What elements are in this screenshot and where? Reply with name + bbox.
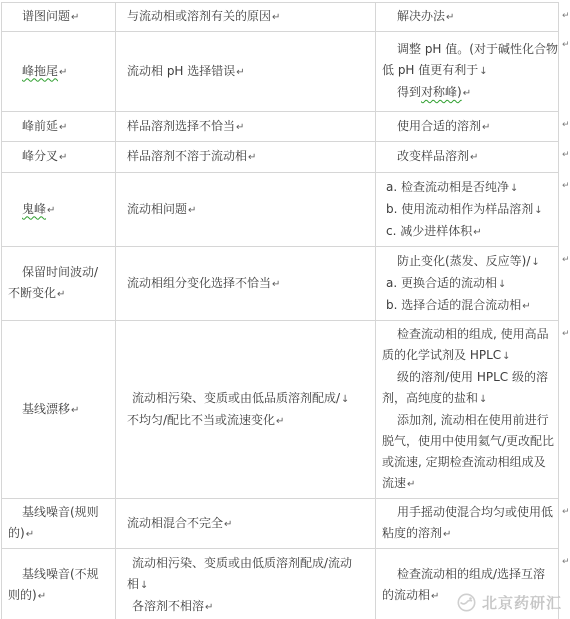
row-end-gutter: ↵ xyxy=(559,173,570,247)
row-end-mark: ↵ xyxy=(562,507,570,517)
cell-end-mark: ↵ xyxy=(407,479,415,490)
header-row: 谱图问题↵与流动相或溶剂有关的原因↵解决办法↵↵ xyxy=(2,3,570,32)
text-line: 粘度的溶剂↵ xyxy=(382,523,556,545)
cell-end-mark: ↵ xyxy=(47,205,55,216)
text-run: b. 选择合适的混合流动相 xyxy=(386,298,521,312)
text-line: 不均匀/配比不当或流速变化↵ xyxy=(127,410,373,432)
cell-end-mark: ↵ xyxy=(188,205,196,216)
text-line: 的)↵ xyxy=(8,523,113,545)
text-line: 鬼峰↵ xyxy=(8,199,113,221)
text-line: 基线漂移↵ xyxy=(8,399,113,421)
watermark-text: 北京药研汇 xyxy=(482,592,562,613)
text-line: 或流速, 定期检查流动相组成及 xyxy=(382,452,556,473)
text-line: 不断变化↵ xyxy=(8,283,113,305)
soft-break-mark: ↓ xyxy=(502,351,510,362)
cell-end-mark: ↵ xyxy=(272,279,280,290)
text-run: 不断变化 xyxy=(8,286,56,300)
text-line: 级的溶剂/使用 HPLC 级的溶 xyxy=(382,367,556,388)
row-end-mark: ↵ xyxy=(562,40,570,50)
text-line: c. 减少进样体积↵ xyxy=(382,221,556,243)
text-run: 用手摇动使混合均匀或使用低 xyxy=(397,505,553,519)
text-run: 级的溶剂/使用 HPLC 级的溶 xyxy=(397,370,548,384)
cell-solution: 改变样品溶剂↵ xyxy=(376,142,559,173)
text-line: 改变样品溶剂↵ xyxy=(382,146,556,168)
bird-swirl-logo-icon xyxy=(456,592,477,613)
cell-cause: 流动相组分变化选择不恰当↵ xyxy=(116,247,376,321)
text-line: 使用合适的溶剂↵ xyxy=(382,116,556,138)
text-line: 样品溶剂选择不恰当↵ xyxy=(127,116,373,138)
cell-solution: 用手摇动使混合均匀或使用低粘度的溶剂↵ xyxy=(376,499,559,549)
table-row: 峰前延↵样品溶剂选择不恰当↵使用合适的溶剂↵↵ xyxy=(2,112,570,142)
text-line: 峰分叉↵ xyxy=(8,146,113,168)
cell-solution: 使用合适的溶剂↵ xyxy=(376,112,559,142)
row-end-gutter: ↵ xyxy=(559,112,570,142)
cell-end-mark: ↵ xyxy=(236,67,244,78)
row-end-mark: ↵ xyxy=(562,255,570,265)
text-run: 谱图问题 xyxy=(22,9,70,23)
cell-cause: 流动相污染、变质或由低品质溶剂配成/↓不均匀/配比不当或流速变化↵ xyxy=(116,321,376,499)
spellcheck-squiggle-text: 鬼峰 xyxy=(22,202,46,216)
row-end-mark: ↵ xyxy=(562,557,570,567)
text-line: 质的化学试剂及 HPLC↓ xyxy=(382,345,556,367)
text-line: 剂，高纯度的盐和↓ xyxy=(382,388,556,410)
text-line: 峰拖尾↵ xyxy=(8,61,113,83)
text-run: 或流速, 定期检查流动相组成及 xyxy=(382,455,546,469)
soft-break-mark: ↓ xyxy=(479,394,487,405)
text-line: 流动相混合不完全↵ xyxy=(127,513,373,535)
text-run: 流动相污染、变质或由低品质溶剂配成/ xyxy=(132,391,340,405)
text-run: 流动相 pH 选择错误 xyxy=(127,64,235,78)
text-line: 基线噪音(规则 xyxy=(8,502,113,523)
cell-cause: 流动相污染、变质或由低质溶剂配成/流动相↓各溶剂不相溶↵ xyxy=(116,549,376,619)
text-run: 添加剂, 流动相在使用前进行 xyxy=(397,413,549,427)
cell-cause: 流动相 pH 选择错误↵ xyxy=(116,32,376,112)
text-run: 不均匀/配比不当或流速变化 xyxy=(127,413,275,427)
row-end-mark: ↵ xyxy=(562,329,570,339)
cell-problem: 峰拖尾↵ xyxy=(2,32,116,112)
cell-end-mark: ↵ xyxy=(470,152,478,163)
text-line: 基线噪音(不规 xyxy=(8,564,113,585)
text-line: 添加剂, 流动相在使用前进行 xyxy=(382,410,556,431)
watermark: 北京药研汇 xyxy=(456,592,562,613)
soft-break-mark: ↓ xyxy=(479,66,487,77)
text-run: 保留时间波动/ xyxy=(22,265,98,279)
cell-end-mark: ↵ xyxy=(248,152,256,163)
text-run: 流动相问题 xyxy=(127,202,187,216)
table-row: 鬼峰↵流动相问题↵a. 检查流动相是否纯净↓b. 使用流动相作为样品溶剂↓c. … xyxy=(2,173,570,247)
text-line: 用手摇动使混合均匀或使用低 xyxy=(382,502,556,523)
cell-end-mark: ↵ xyxy=(26,529,34,540)
soft-break-mark: ↓ xyxy=(531,257,539,268)
text-run: 流动相混合不完全 xyxy=(127,516,223,530)
soft-break-mark: ↓ xyxy=(498,279,506,290)
soft-break-mark: ↓ xyxy=(534,205,542,216)
text-run: 流动相组分变化选择不恰当 xyxy=(127,276,271,290)
text-line: 检查流动相的组成/选择互溶 xyxy=(382,564,556,585)
row-end-mark: ↵ xyxy=(562,181,570,191)
text-run: 样品溶剂选择不恰当 xyxy=(127,119,235,133)
text-line: 低 pH 值更有利于↓ xyxy=(382,60,556,82)
cell-end-mark: ↵ xyxy=(482,122,490,133)
cell-end-mark: ↵ xyxy=(59,67,67,78)
cell-solution: 检查流动相的组成, 使用高品质的化学试剂及 HPLC↓级的溶剂/使用 HPLC … xyxy=(376,321,559,499)
text-line: 与流动相或溶剂有关的原因↵ xyxy=(127,6,373,28)
cell-end-mark: ↵ xyxy=(443,529,451,540)
row-end-mark: ↵ xyxy=(562,11,570,21)
soft-break-mark: ↓ xyxy=(341,394,349,405)
text-run: 各溶剂不相溶 xyxy=(132,599,204,613)
text-run: 基线漂移 xyxy=(22,402,70,416)
text-line: 流动相污染、变质或由低品质溶剂配成/↓ xyxy=(127,388,373,410)
cell-problem: 保留时间波动/不断变化↵ xyxy=(2,247,116,321)
row-end-gutter: ↵ xyxy=(559,247,570,321)
text-line: 流动相问题↵ xyxy=(127,199,373,221)
text-run: 质的化学试剂及 HPLC xyxy=(382,348,501,362)
table-row: 峰分叉↵样品溶剂不溶于流动相↵改变样品溶剂↵↵ xyxy=(2,142,570,173)
text-run: 的流动相 xyxy=(382,588,430,602)
cell-cause: 流动相混合不完全↵ xyxy=(116,499,376,549)
row-end-gutter: ↵ xyxy=(559,142,570,173)
text-line: 检查流动相的组成, 使用高品 xyxy=(382,324,556,345)
cell-end-mark: ↵ xyxy=(205,602,213,613)
cell-end-mark: ↵ xyxy=(38,591,46,602)
row-end-mark: ↵ xyxy=(562,120,570,130)
cell-end-mark: ↵ xyxy=(59,122,67,133)
text-run: b. 使用流动相作为样品溶剂 xyxy=(386,202,533,216)
text-line: 防止变化(蒸发、反应等)/↓ xyxy=(382,251,556,273)
row-end-gutter: ↵ xyxy=(559,3,570,32)
cell-solution: 调整 pH 值。(对于碱性化合物，低 pH 值更有利于↓得到对称峰)↵ xyxy=(376,32,559,112)
cell-solution: 防止变化(蒸发、反应等)/↓a. 更换合适的流动相↓b. 选择合适的混合流动相↵ xyxy=(376,247,559,321)
text-run: 得到 xyxy=(397,85,421,99)
text-run: 低 pH 值更有利于 xyxy=(382,63,478,77)
text-run: 调整 pH 值。(对于碱性化合物， xyxy=(397,42,559,56)
text-run: 检查流动相的组成, 使用高品 xyxy=(397,327,549,341)
text-line: 流速↵ xyxy=(382,473,556,495)
text-run: 流动相污染、变质或由低质溶剂配成/流动 xyxy=(132,556,352,570)
text-line: 样品溶剂不溶于流动相↵ xyxy=(127,146,373,168)
table-row: 保留时间波动/不断变化↵流动相组分变化选择不恰当↵防止变化(蒸发、反应等)/↓a… xyxy=(2,247,570,321)
text-run: 则的) xyxy=(8,588,37,602)
cell-solution: a. 检查流动相是否纯净↓b. 使用流动相作为样品溶剂↓c. 减少进样体积↵ xyxy=(376,173,559,247)
spellcheck-squiggle-text: 峰拖尾 xyxy=(22,64,58,78)
header-cell-problem: 谱图问题↵ xyxy=(2,3,116,32)
cell-problem: 基线漂移↵ xyxy=(2,321,116,499)
cell-cause: 样品溶剂选择不恰当↵ xyxy=(116,112,376,142)
text-run: 粘度的溶剂 xyxy=(382,526,442,540)
text-line: 各溶剂不相溶↵ xyxy=(127,596,373,618)
text-run: 解决办法 xyxy=(397,9,445,23)
text-run: 与流动相或溶剂有关的原因 xyxy=(127,9,271,23)
cell-end-mark: ↵ xyxy=(236,122,244,133)
text-line: 相↓ xyxy=(127,574,373,596)
cell-end-mark: ↵ xyxy=(71,12,79,23)
table-body: 谱图问题↵与流动相或溶剂有关的原因↵解决办法↵↵峰拖尾↵流动相 pH 选择错误↵… xyxy=(2,3,570,619)
cell-problem: 基线噪音(规则的)↵ xyxy=(2,499,116,549)
text-run: 防止变化(蒸发、反应等)/ xyxy=(397,254,530,268)
spellcheck-squiggle-text: 对称峰) xyxy=(421,85,462,99)
text-run: 峰前延 xyxy=(22,119,58,133)
row-end-gutter: ↵ xyxy=(559,321,570,499)
cell-cause: 样品溶剂不溶于流动相↵ xyxy=(116,142,376,173)
text-line: 调整 pH 值。(对于碱性化合物， xyxy=(382,39,556,60)
text-line: 则的)↵ xyxy=(8,585,113,607)
cell-end-mark: ↵ xyxy=(463,88,471,99)
cell-end-mark: ↵ xyxy=(59,152,67,163)
text-run: 的) xyxy=(8,526,25,540)
header-cell-cause: 与流动相或溶剂有关的原因↵ xyxy=(116,3,376,32)
cell-cause: 流动相问题↵ xyxy=(116,173,376,247)
soft-break-mark: ↓ xyxy=(140,580,148,591)
text-line: b. 选择合适的混合流动相↵ xyxy=(382,295,556,317)
text-run: 改变样品溶剂 xyxy=(397,149,469,163)
text-run: 基线噪音(不规 xyxy=(22,567,99,581)
cell-end-mark: ↵ xyxy=(473,227,481,238)
text-run: a. 更换合适的流动相 xyxy=(386,276,497,290)
text-run: 脱气，使用中使用氦气/更改配比 xyxy=(382,434,554,448)
text-run: 流速 xyxy=(382,476,406,490)
text-run: a. 检查流动相是否纯净 xyxy=(386,180,509,194)
text-run: 相 xyxy=(127,577,139,591)
cell-end-mark: ↵ xyxy=(71,405,79,416)
text-line: 保留时间波动/ xyxy=(8,262,113,283)
cell-problem: 基线噪音(不规则的)↵ xyxy=(2,549,116,619)
text-line: 流动相组分变化选择不恰当↵ xyxy=(127,273,373,295)
cell-end-mark: ↵ xyxy=(57,289,65,300)
text-line: a. 更换合适的流动相↓ xyxy=(382,273,556,295)
troubleshooting-table: 谱图问题↵与流动相或溶剂有关的原因↵解决办法↵↵峰拖尾↵流动相 pH 选择错误↵… xyxy=(1,2,570,619)
cell-end-mark: ↵ xyxy=(272,12,280,23)
text-line: b. 使用流动相作为样品溶剂↓ xyxy=(382,199,556,221)
text-run: 峰分叉 xyxy=(22,149,58,163)
document-page: 谱图问题↵与流动相或溶剂有关的原因↵解决办法↵↵峰拖尾↵流动相 pH 选择错误↵… xyxy=(1,2,570,619)
cell-end-mark: ↵ xyxy=(446,12,454,23)
text-line: 谱图问题↵ xyxy=(8,6,113,28)
cell-problem: 鬼峰↵ xyxy=(2,173,116,247)
row-end-gutter: ↵ xyxy=(559,499,570,549)
text-line: 峰前延↵ xyxy=(8,116,113,138)
table-row: 峰拖尾↵流动相 pH 选择错误↵调整 pH 值。(对于碱性化合物，低 pH 值更… xyxy=(2,32,570,112)
cell-end-mark: ↵ xyxy=(431,591,439,602)
cell-end-mark: ↵ xyxy=(522,301,530,312)
text-line: 流动相污染、变质或由低质溶剂配成/流动 xyxy=(127,553,373,574)
cell-end-mark: ↵ xyxy=(224,519,232,530)
text-run: 检查流动相的组成/选择互溶 xyxy=(397,567,545,581)
table-row: 基线噪音(规则的)↵流动相混合不完全↵用手摇动使混合均匀或使用低粘度的溶剂↵↵ xyxy=(2,499,570,549)
row-end-gutter: ↵ xyxy=(559,32,570,112)
text-line: 脱气，使用中使用氦气/更改配比 xyxy=(382,431,556,452)
soft-break-mark: ↓ xyxy=(510,183,518,194)
text-run: 剂，高纯度的盐和 xyxy=(382,391,478,405)
cell-end-mark: ↵ xyxy=(276,416,284,427)
text-run: 使用合适的溶剂 xyxy=(397,119,481,133)
cell-problem: 峰前延↵ xyxy=(2,112,116,142)
text-run: 样品溶剂不溶于流动相 xyxy=(127,149,247,163)
text-line: 流动相 pH 选择错误↵ xyxy=(127,61,373,83)
row-end-mark: ↵ xyxy=(562,150,570,160)
text-line: 解决办法↵ xyxy=(382,6,556,28)
table-row: 基线漂移↵流动相污染、变质或由低品质溶剂配成/↓不均匀/配比不当或流速变化↵检查… xyxy=(2,321,570,499)
header-cell-solution: 解决办法↵ xyxy=(376,3,559,32)
cell-problem: 峰分叉↵ xyxy=(2,142,116,173)
text-line: a. 检查流动相是否纯净↓ xyxy=(382,177,556,199)
text-run: c. 减少进样体积 xyxy=(386,224,472,238)
text-line: 得到对称峰)↵ xyxy=(382,82,556,104)
text-run: 基线噪音(规则 xyxy=(22,505,99,519)
